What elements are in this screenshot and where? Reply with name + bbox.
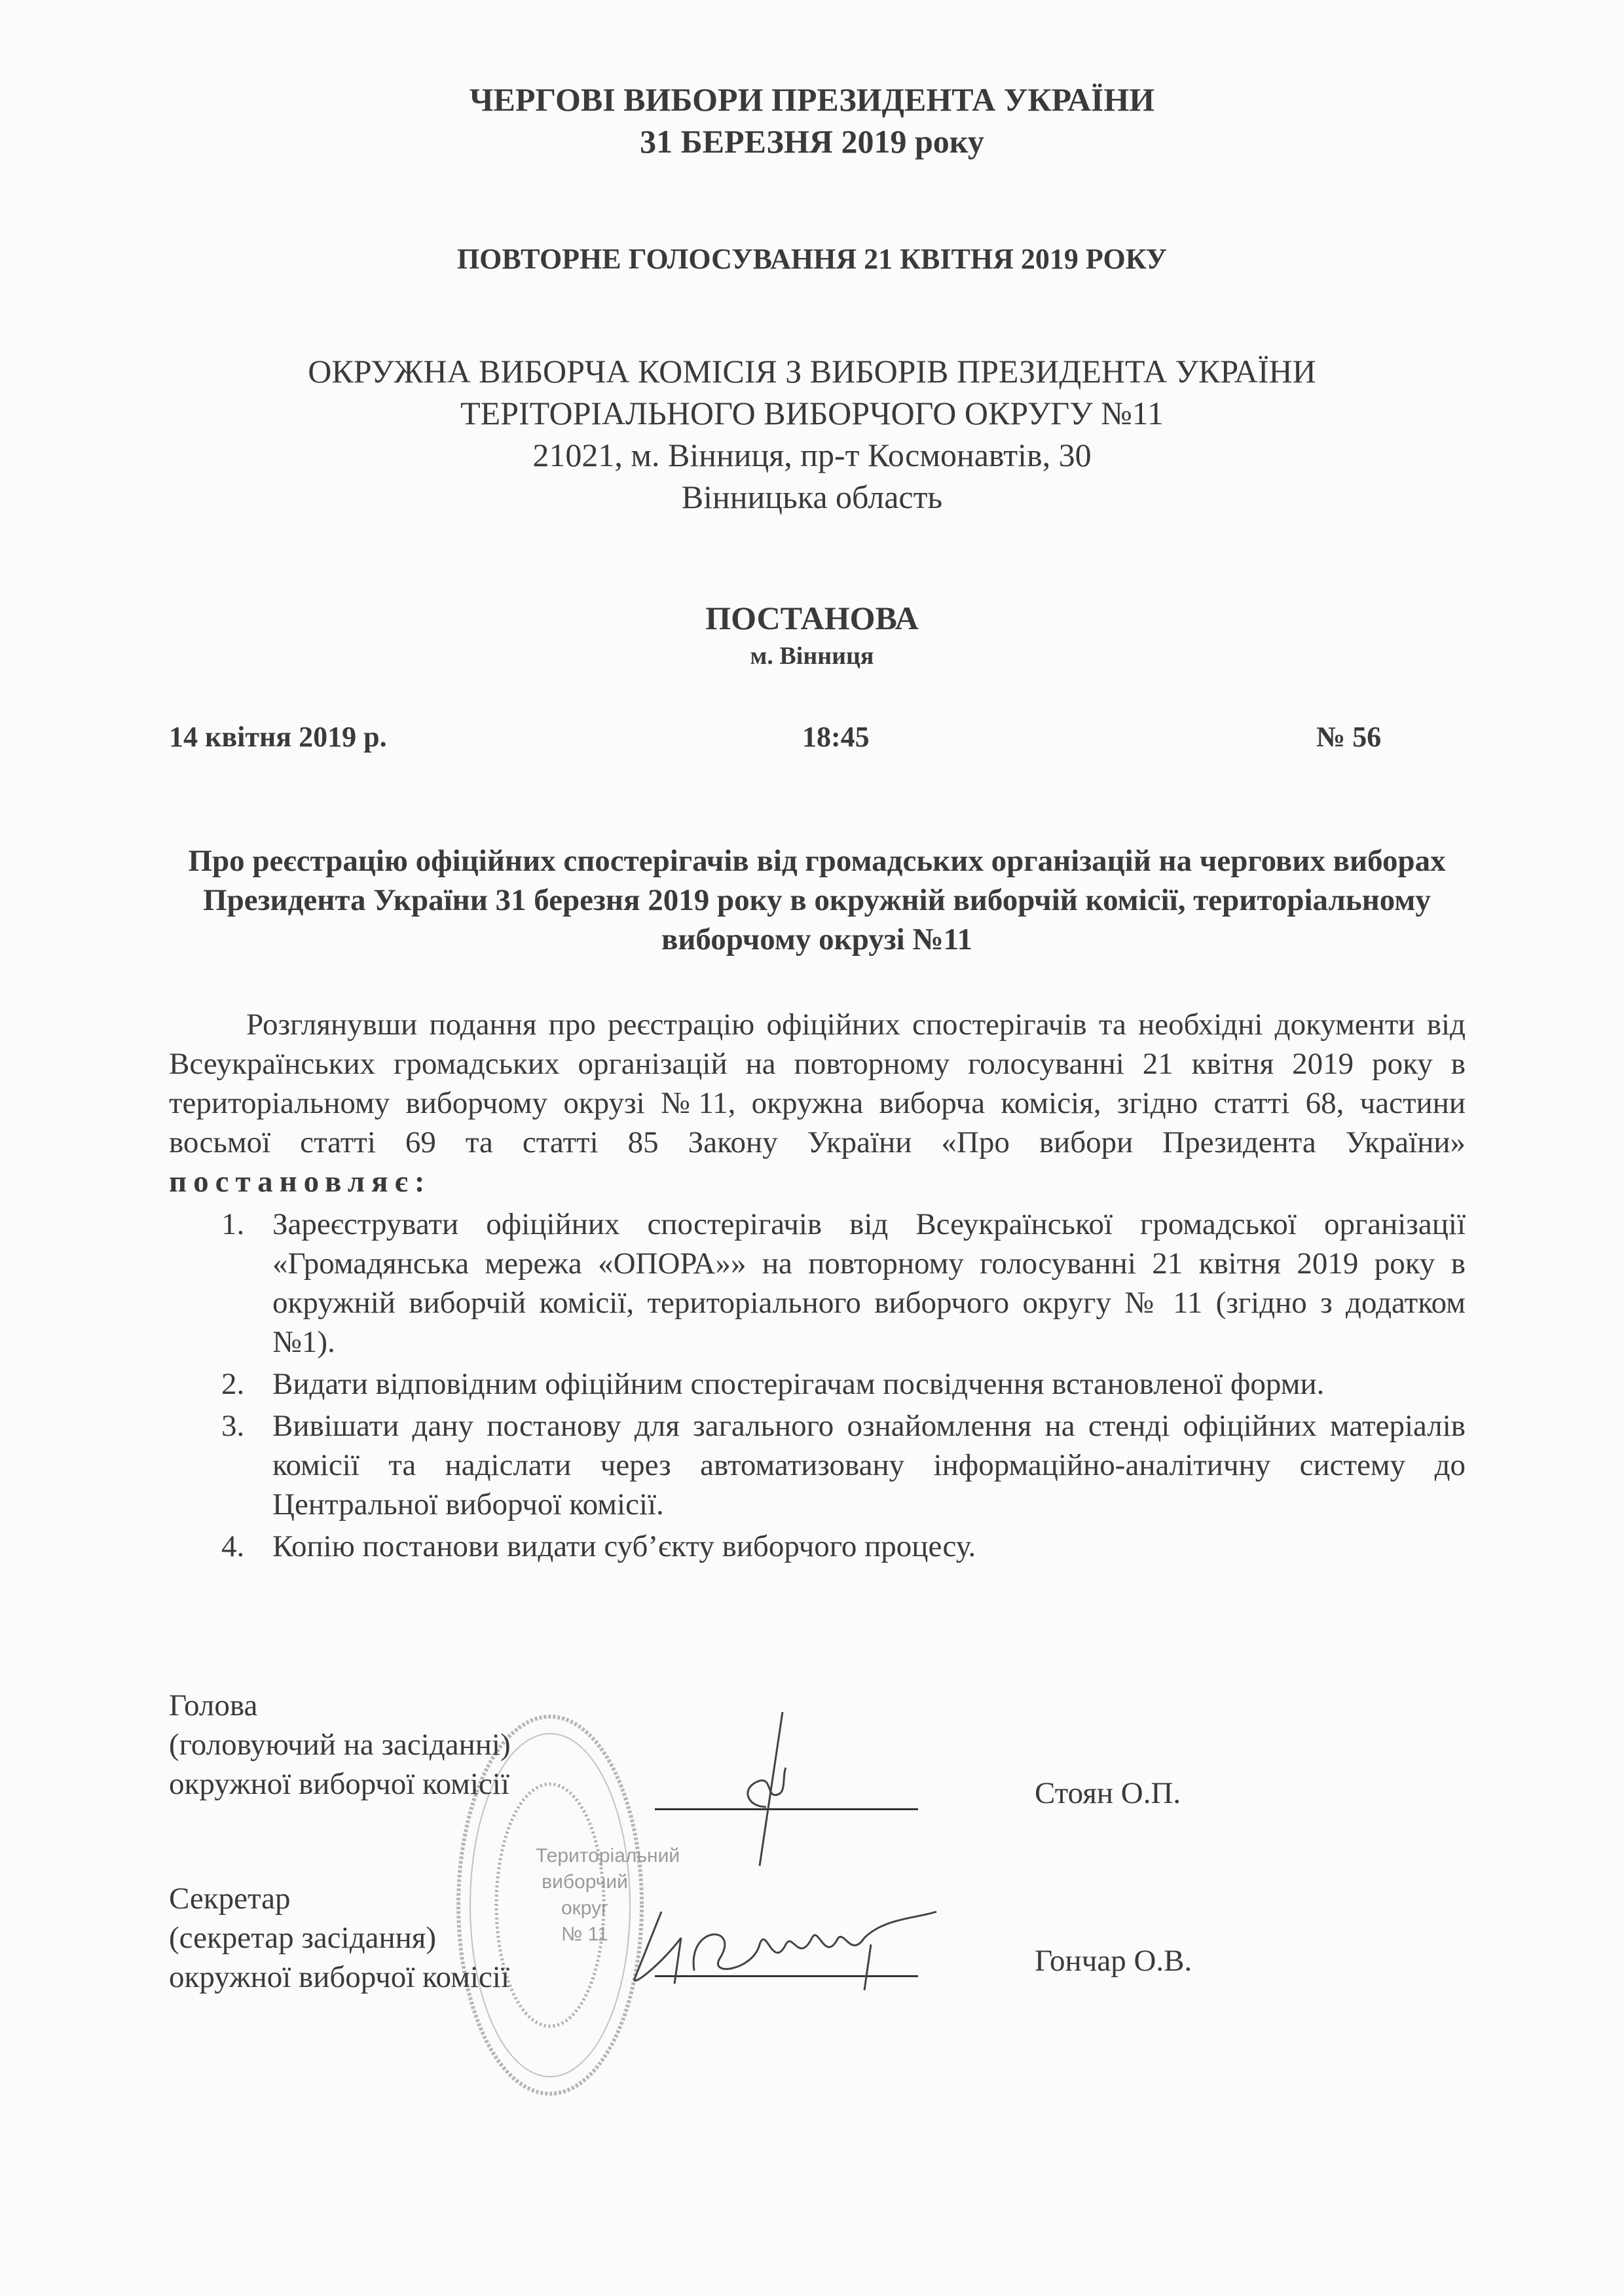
chair-signature-icon [720, 1709, 799, 1905]
runoff-title: ПОВТОРНЕ ГОЛОСУВАННЯ 21 КВІТНЯ 2019 РОКУ [0, 242, 1624, 276]
resolution-item: 2.Видати відповідним офіційним спостеріг… [221, 1364, 1466, 1404]
secretary-title: Секретар [169, 1879, 509, 1918]
chair-name: Стоян О.П. [1035, 1776, 1181, 1811]
secretary-name: Гончар О.В. [1035, 1943, 1192, 1978]
document-subject: Про реєстрацію офіційних спостерігачів в… [170, 841, 1464, 959]
election-title: ЧЕРГОВІ ВИБОРИ ПРЕЗИДЕНТА УКРАЇНИ [0, 79, 1624, 120]
preamble-paragraph: Розглянувши подання про реєстрацію офіці… [169, 1005, 1466, 1201]
chair-title: Голова [169, 1686, 511, 1725]
chair-commission: окружної виборчої комісії [169, 1764, 511, 1804]
election-date: 31 БЕРЕЗНЯ 2019 року [0, 120, 1624, 162]
resolution-item: 1.Зареєструвати офіційних спостерігачів … [221, 1205, 1466, 1362]
resolution-item: 4.Копію постанови видати суб’єкту виборч… [221, 1527, 1466, 1566]
commission-line-1: ОКРУЖНА ВИБОРЧА КОМІСІЯ З ВИБОРІВ ПРЕЗИД… [0, 350, 1624, 392]
commission-address: 21021, м. Вінниця, пр-т Космонавтів, 30 [0, 434, 1624, 476]
secretary-signature-block: Секретар (секретар засідання) окружної в… [169, 1879, 509, 1997]
resolution-items: 1.Зареєструвати офіційних спостерігачів … [221, 1205, 1466, 1569]
commission-region: Вінницька область [0, 476, 1624, 518]
preamble-text: Розглянувши подання про реєстрацію офіці… [169, 1008, 1466, 1159]
document-city: м. Вінниця [0, 642, 1624, 670]
resolution-item: 3.Вивішати дану постанову для загального… [221, 1406, 1466, 1524]
secretary-signature-icon [622, 1899, 1015, 1997]
commission-line-2: ТЕРІТОРІАЛЬНОГО ВИБОРЧОГО ОКРУГУ №11 [0, 392, 1624, 434]
resolves-keyword: постановляє: [169, 1165, 432, 1199]
secretary-commission: окружної виборчої комісії [169, 1958, 509, 1997]
secretary-role: (секретар засідання) [169, 1918, 509, 1958]
chair-signature-block: Голова (головуючий на засіданні) окружно… [169, 1686, 511, 1804]
document-type: ПОСТАНОВА [0, 599, 1624, 637]
chair-role: (головуючий на засіданні) [169, 1725, 511, 1764]
stamp-text: Територіальний виборчий округ № 11 [536, 1843, 634, 1948]
election-header: ЧЕРГОВІ ВИБОРИ ПРЕЗИДЕНТА УКРАЇНИ 31 БЕР… [0, 79, 1624, 162]
document-time: 18:45 [802, 720, 870, 754]
document-date: 14 квітня 2019 р. [169, 720, 387, 754]
document-number: № 56 [1316, 720, 1381, 754]
commission-block: ОКРУЖНА ВИБОРЧА КОМІСІЯ З ВИБОРІВ ПРЕЗИД… [0, 350, 1624, 518]
document-page: ЧЕРГОВІ ВИБОРИ ПРЕЗИДЕНТА УКРАЇНИ 31 БЕР… [0, 0, 1624, 2296]
